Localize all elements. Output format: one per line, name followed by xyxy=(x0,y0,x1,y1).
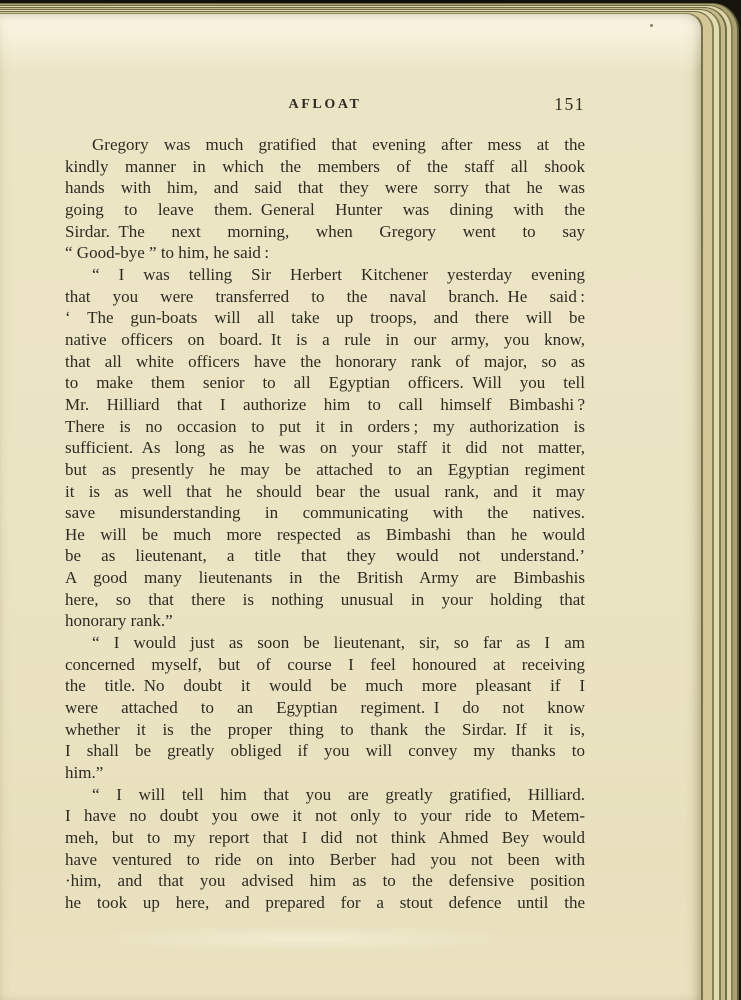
text-line: There is no occasion to put it in orders… xyxy=(65,416,585,438)
text-line: I have no doubt you owe it not only to y… xyxy=(65,805,585,827)
ink-speck xyxy=(650,24,653,27)
text-line: ‘ The gun-boats will all take up troops,… xyxy=(65,307,585,329)
text-line: going to leave them. General Hunter was … xyxy=(65,199,585,221)
text-line: A good many lieutenants in the British A… xyxy=(65,567,585,589)
text-line: I shall be greatly obliged if you will c… xyxy=(65,740,585,762)
page-number: 151 xyxy=(554,94,585,115)
page-header: AFLOAT 151 xyxy=(65,96,585,118)
text-line: hands with him, and said that they were … xyxy=(65,177,585,199)
text-line: concerned myself, but of course I feel h… xyxy=(65,654,585,676)
text-line: Mr. Hilliard that I authorize him to cal… xyxy=(65,394,585,416)
text-line: it is as well that he should bear the us… xyxy=(65,481,585,503)
text-line: were attached to an Egyptian regiment. I… xyxy=(65,697,585,719)
text-line: have ventured to ride on into Berber had… xyxy=(65,849,585,871)
text-line: that you were transferred to the naval b… xyxy=(65,286,585,308)
text-line: he took up here, and prepared for a stou… xyxy=(65,892,585,914)
page-texture xyxy=(0,14,701,72)
text-line: Gregory was much gratified that evening … xyxy=(65,134,585,156)
book-page: AFLOAT 151 Gregory was much gratified th… xyxy=(0,13,703,1000)
text-line: honorary rank.” xyxy=(65,610,585,632)
running-title: AFLOAT xyxy=(65,97,585,113)
text-line: but as presently he may be attached to a… xyxy=(65,459,585,481)
text-line: that all white officers have the honorar… xyxy=(65,351,585,373)
text-line: whether it is the proper thing to thank … xyxy=(65,719,585,741)
text-line: Sirdar. The next morning, when Gregory w… xyxy=(65,221,585,243)
text-line: here, so that there is nothing unusual i… xyxy=(65,589,585,611)
text-line: “ I was telling Sir Herbert Kitchener ye… xyxy=(65,264,585,286)
text-line: be as lieutenant, a title that they woul… xyxy=(65,545,585,567)
text-line: to make them senior to all Egyptian offi… xyxy=(65,372,585,394)
text-line: “ I would just as soon be lieutenant, si… xyxy=(65,632,585,654)
text-line: save misunderstanding in communicating w… xyxy=(65,502,585,524)
text-line: kindly manner in which the members of th… xyxy=(65,156,585,178)
text-line: ·him, and that you advised him as to the… xyxy=(65,870,585,892)
text-line: native officers on board. It is a rule i… xyxy=(65,329,585,351)
text-line: “ Good-bye ” to him, he said : xyxy=(65,242,585,264)
text-line: meh, but to my report that I did not thi… xyxy=(65,827,585,849)
text-line: him.” xyxy=(65,762,585,784)
text-line: He will be much more respected as Bimbas… xyxy=(65,524,585,546)
page-texture xyxy=(90,926,521,952)
book-scan: AFLOAT 151 Gregory was much gratified th… xyxy=(0,0,741,1000)
page-body: Gregory was much gratified that evening … xyxy=(65,134,585,914)
text-line: “ I will tell him that you are greatly g… xyxy=(65,784,585,806)
text-line: sufficient. As long as he was on your st… xyxy=(65,437,585,459)
text-line: the title. No doubt it would be much mor… xyxy=(65,675,585,697)
